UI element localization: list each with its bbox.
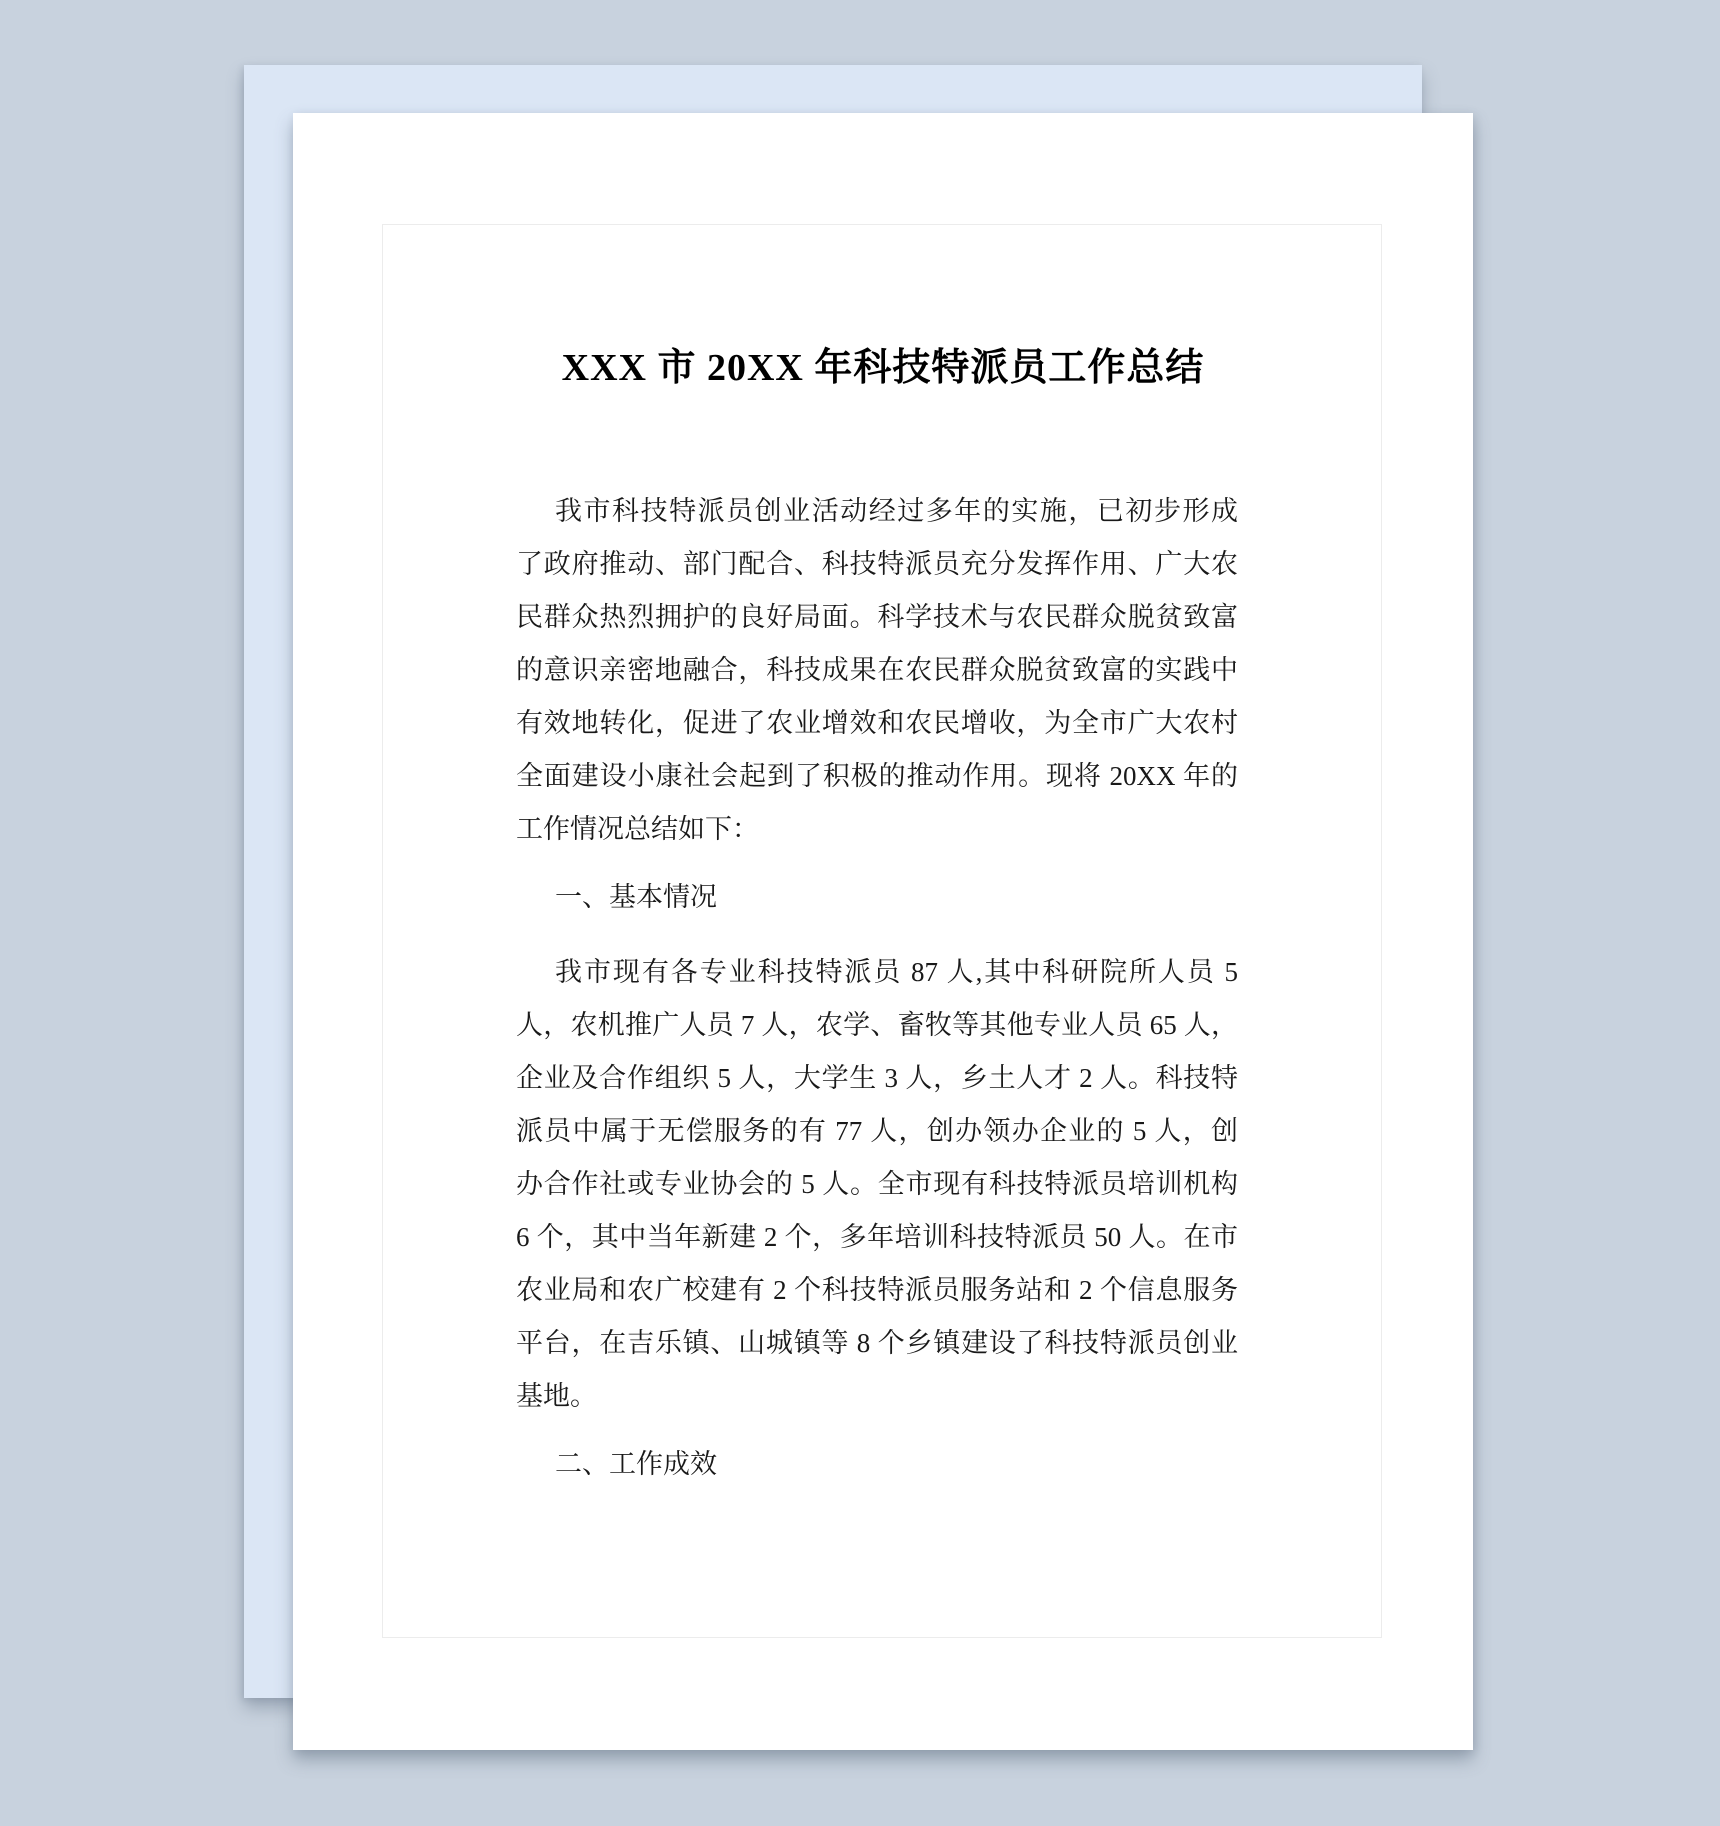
document-title: XXX 市 20XX 年科技特派员工作总结 <box>293 345 1473 391</box>
section-heading: 一、基本情况 <box>516 871 1238 924</box>
text-line: 农业局和农广校建有 2 个科技特派员服务站和 2 个信息服务 <box>516 1264 1238 1317</box>
text-line: 全面建设小康社会起到了积极的推动作用。现将 20XX 年的 <box>516 750 1238 803</box>
text-line: 有效地转化，促进了农业增效和农民增收，为全市广大农村 <box>516 697 1238 750</box>
text-line: 人，农机推广人员 7 人，农学、畜牧等其他专业人员 65 人， <box>516 999 1238 1052</box>
document-body: 我市科技特派员创业活动经过多年的实施，已初步形成了政府推动、部门配合、科技特派员… <box>516 485 1238 1513</box>
text-line: 企业及合作组织 5 人，大学生 3 人，乡土人才 2 人。科技特 <box>516 1052 1238 1105</box>
text-line: 二、工作成效 <box>516 1438 1238 1491</box>
text-line: 基地。 <box>516 1370 1238 1423</box>
text-line: 派员中属于无偿服务的有 77 人，创办领办企业的 5 人，创 <box>516 1105 1238 1158</box>
paragraph: 我市现有各专业科技特派员 87 人,其中科研院所人员 5人，农机推广人员 7 人… <box>516 946 1238 1423</box>
text-line: 我市现有各专业科技特派员 87 人,其中科研院所人员 5 <box>516 946 1238 999</box>
document-page: XXX 市 20XX 年科技特派员工作总结 我市科技特派员创业活动经过多年的实施… <box>293 113 1473 1750</box>
text-line: 工作情况总结如下： <box>516 803 1238 856</box>
text-line: 办合作社或专业协会的 5 人。全市现有科技特派员培训机构 <box>516 1158 1238 1211</box>
document-preview-canvas: XXX 市 20XX 年科技特派员工作总结 我市科技特派员创业活动经过多年的实施… <box>0 0 1720 1826</box>
text-line: 平台，在吉乐镇、山城镇等 8 个乡镇建设了科技特派员创业 <box>516 1317 1238 1370</box>
paragraph: 我市科技特派员创业活动经过多年的实施，已初步形成了政府推动、部门配合、科技特派员… <box>516 485 1238 856</box>
text-line: 一、基本情况 <box>516 871 1238 924</box>
section-heading: 二、工作成效 <box>516 1438 1238 1491</box>
text-line: 的意识亲密地融合，科技成果在农民群众脱贫致富的实践中 <box>516 644 1238 697</box>
text-line: 6 个，其中当年新建 2 个，多年培训科技特派员 50 人。在市 <box>516 1211 1238 1264</box>
text-line: 民群众热烈拥护的良好局面。科学技术与农民群众脱贫致富 <box>516 591 1238 644</box>
text-line: 我市科技特派员创业活动经过多年的实施，已初步形成 <box>516 485 1238 538</box>
text-line: 了政府推动、部门配合、科技特派员充分发挥作用、广大农 <box>516 538 1238 591</box>
